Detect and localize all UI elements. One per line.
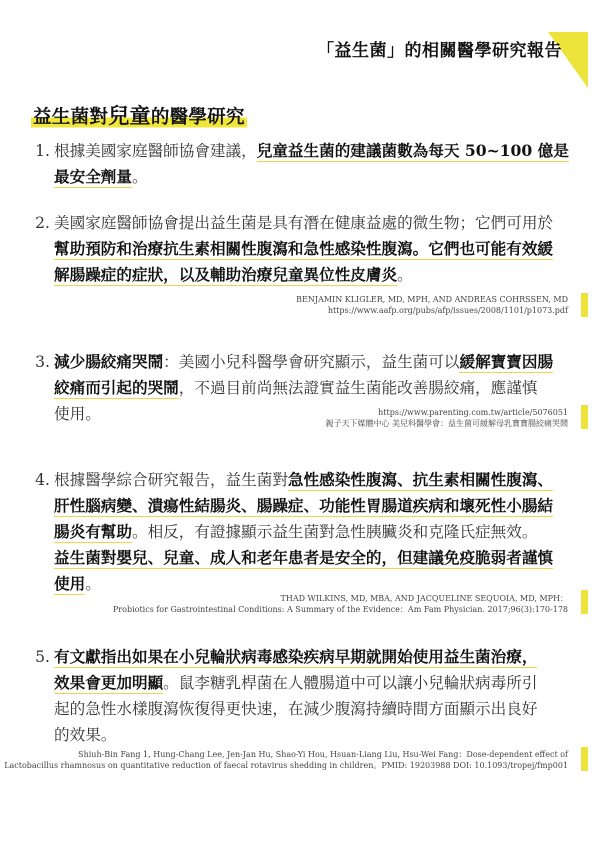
item-number: 5. (22, 644, 54, 670)
section-title-part: 的醫學研究 (151, 107, 245, 128)
reference-citation-3: https://www.parenting.com.tw/article/507… (325, 407, 568, 429)
item-highlight-text: 兒童益生菌的建議菌數為每天 50~100 億是 (257, 141, 569, 162)
item-text: 。鼠李糖乳桿菌在人體腸道中可以讓小兒輪狀病毒所引 (163, 674, 537, 692)
reference-line: BENJAMIN KLIGLER, MD, MPH, AND ANDREAS C… (296, 294, 568, 305)
reference-marker-bar (581, 293, 588, 317)
reference-line: Lactobacillus rhamnosus on quantitative … (4, 760, 568, 771)
item-highlight-text: 解腸躁症的症狀，以及輔助治療兒童異位性皮膚炎 (54, 265, 397, 286)
item-text: 。 (85, 575, 101, 593)
reference-line: Shiuh-Bin Fang 1, Hung-Chang Lee, Jen-Ja… (4, 749, 568, 760)
reference-citation-4: THAD WILKINS, MD, MBA, AND JACQUELINE SE… (113, 593, 568, 615)
item-text: 根據醫學綜合研究報告，益生菌對 (54, 471, 288, 489)
item-text: 。 (132, 168, 148, 186)
list-item-5: 5.有文獻指出如果在小兒輪狀病毒感染疾病早期就開始使用益生菌治療， 效果會更加明… (22, 644, 582, 748)
item-text: 的效果。 (54, 726, 116, 744)
section-title: 益生菌對兒童的醫學研究 (31, 100, 247, 130)
item-text: 根據美國家庭醫師協會建議， (54, 142, 257, 160)
item-number: 1. (22, 138, 54, 164)
item-text: ，不過目前尚無法證實益生菌能改善腸絞痛，應謹慎 (179, 379, 538, 397)
item-text: ：美國小兒科醫學會研究顯示，益生菌可以 (163, 353, 459, 371)
reference-marker-bar (581, 590, 588, 614)
item-highlight-text: 益生菌對嬰兒、兒童、成人和老年患者是安全的，但建議免疫脆弱者謹慎 (54, 548, 553, 569)
item-highlight-text: 效果會更加明顯 (54, 673, 163, 694)
reference-marker-bar (581, 405, 588, 429)
reference-line: THAD WILKINS, MD, MBA, AND JACQUELINE SE… (113, 593, 568, 604)
section-title-highlight: 兒童 (108, 103, 151, 128)
list-item-2: 2.美國家庭醫師協會提出益生菌是具有潛在健康益處的微生物；它們可用於 幫助預防和… (22, 210, 582, 288)
item-highlight-text: 絞痛而引起的哭鬧 (54, 378, 179, 399)
reference-line: Probiotics for Gastrointestinal Conditio… (113, 604, 568, 615)
item-text: 起的急性水樣腹瀉恢復得更快速，在減少腹瀉持續時間方面顯示出良好 (54, 700, 537, 718)
item-highlight-text: 急性感染性腹瀉、抗生素相關性腹瀉、 (288, 470, 553, 491)
reference-citation-2: BENJAMIN KLIGLER, MD, MPH, AND ANDREAS C… (296, 294, 568, 316)
item-text: 使用。 (54, 405, 101, 423)
item-number: 4. (22, 467, 54, 493)
reference-line: https://www.aafp.org/pubs/afp/issues/200… (296, 305, 568, 316)
item-bold-text: 減少腸絞痛哭鬧 (54, 352, 163, 372)
reference-line: https://www.parenting.com.tw/article/507… (325, 407, 568, 418)
item-text: 美國家庭醫師協會提出益生菌是具有潛在健康益處的微生物；它們可用於 (54, 214, 553, 232)
item-number: 3. (22, 349, 54, 375)
list-item-4: 4.根據醫學綜合研究報告，益生菌對急性感染性腹瀉、抗生素相關性腹瀉、 肝性腦病變… (22, 467, 582, 597)
document-header-title: 「益生菌」的相關醫學研究報告 (317, 36, 562, 61)
reference-citation-5: Shiuh-Bin Fang 1, Hung-Chang Lee, Jen-Ja… (4, 749, 568, 771)
item-text: 。 (397, 266, 413, 284)
item-highlight-text: 腸炎有幫助 (54, 522, 132, 543)
item-text: 。相反，有證據顯示益生菌對急性胰臟炎和克隆氏症無效。 (132, 523, 537, 541)
item-highlight-text: 最安全劑量 (54, 167, 132, 188)
item-number: 2. (22, 210, 54, 236)
item-highlight-text: 幫助預防和治療抗生素相關性腹瀉和急性感染性腹瀉。它們也可能有效緩 (54, 239, 553, 260)
item-highlight-text: 肝性腦病變、潰瘍性結腸炎、腸躁症、功能性胃腸道疾病和壞死性小腸結 (54, 496, 553, 517)
section-title-part: 益生菌對 (33, 107, 108, 128)
list-item-1: 1.根據美國家庭醫師協會建議，兒童益生菌的建議菌數為每天 50~100 億是 最… (22, 138, 582, 190)
item-highlight-text: 有文獻指出如果在小兒輪狀病毒感染疾病早期就開始使用益生菌治療， (54, 647, 537, 668)
item-highlight-text: 緩解寶寶因腸 (459, 352, 553, 373)
reference-marker-bar (581, 747, 588, 771)
reference-line: 親子天下媒體中心 美兒科醫學會：益生菌可緩解母乳寶寶腸絞痛哭鬧 (325, 418, 568, 429)
item-highlight-text: 使用 (54, 574, 85, 595)
